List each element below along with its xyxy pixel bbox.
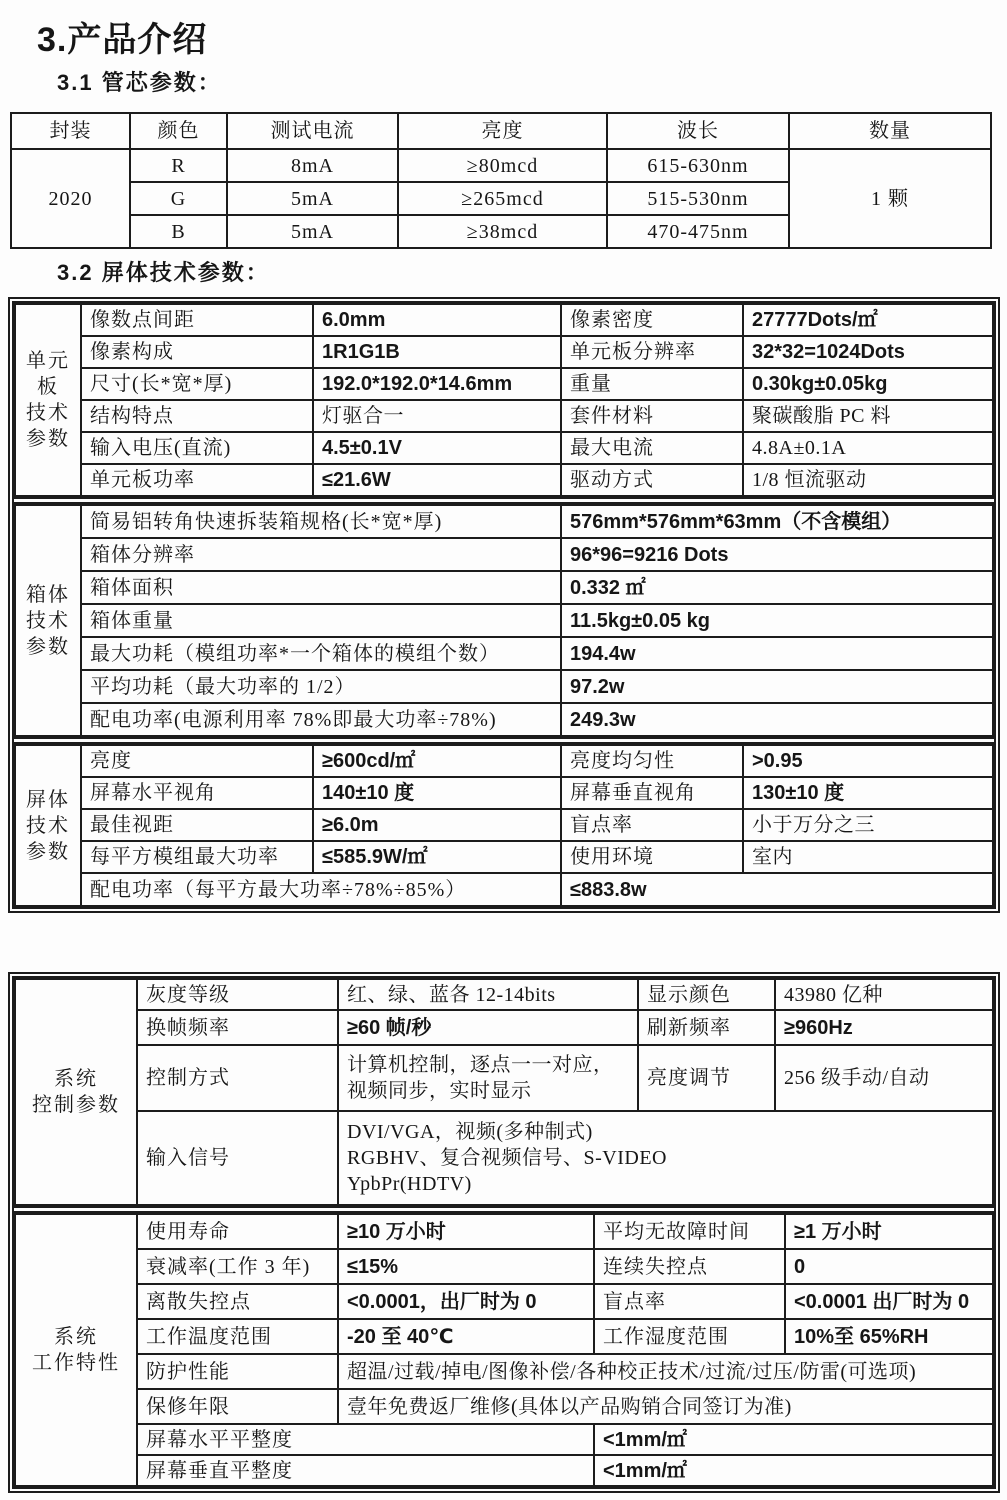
param-name-cell: 输入电压(直流) — [81, 432, 313, 464]
table-row: 控制方式计算机控制，逐点一一对应， 视频同步，实时显示亮度调节256 级手动/自… — [15, 1045, 993, 1111]
table-cell: 1 颗 — [789, 149, 991, 248]
param-value-cell: 140±10 度 — [313, 777, 561, 809]
section-3-2-heading: 3.2 屏体技术参数： — [57, 256, 270, 287]
param-value-cell: 97.2w — [561, 670, 993, 703]
section-label-cell: 系统 工作特性 — [15, 1214, 137, 1486]
die-parameters-table: 封装颜色测试电流亮度波长数量2020R8mA≥80mcd615-630nm1 颗… — [10, 112, 992, 249]
table-row: 封装颜色测试电流亮度波长数量 — [11, 113, 991, 149]
param-value-cell: ≤21.6W — [313, 464, 561, 496]
section-divider — [14, 497, 994, 504]
param-name-cell: 最大电流 — [561, 432, 743, 464]
table-row: 单元 板 技术 参数像数点间距6.0mm像素密度27777Dots/㎡ — [15, 304, 993, 336]
param-value-cell: 小于万分之三 — [743, 809, 993, 841]
table-row: 最大功耗（模组功率*一个箱体的模组个数）194.4w — [15, 637, 993, 670]
param-value-cell: -20 至 40℃ — [338, 1319, 594, 1354]
param-value-cell: 194.4w — [561, 637, 993, 670]
param-value-cell: 192.0*192.0*14.6mm — [313, 368, 561, 400]
param-value-cell: ≤883.8w — [561, 873, 993, 906]
column-header-cell: 封装 — [11, 113, 130, 149]
section-3-1-heading: 3.1 管芯参数： — [57, 66, 222, 97]
screen-tech-parameters-table: 单元 板 技术 参数像数点间距6.0mm像素密度27777Dots/㎡像素构成1… — [8, 297, 1000, 913]
param-name-cell: 工作湿度范围 — [594, 1319, 785, 1354]
param-name-cell: 结构特点 — [81, 400, 313, 432]
column-header-cell: 亮度 — [398, 113, 607, 149]
param-value-cell: DVI/VGA，视频(多种制式) RGBHV、复合视频信号、S-VIDEO Yp… — [338, 1111, 993, 1205]
param-name-cell: 灰度等级 — [137, 979, 338, 1010]
spec-section-table: 箱体 技术 参数简易铝转角快速拆装箱规格(长*宽*厚)576mm*576mm*6… — [14, 504, 994, 737]
param-name-cell: 配电功率（每平方最大功率÷78%÷85%） — [81, 873, 561, 906]
spec-document-page: 3.产品介绍 3.1 管芯参数： 封装颜色测试电流亮度波长数量2020R8mA≥… — [0, 0, 1007, 1500]
table-row: 配电功率（每平方最大功率÷78%÷85%）≤883.8w — [15, 873, 993, 906]
param-name-cell: 像素密度 — [561, 304, 743, 336]
param-value-cell: <0.0001，出厂时为 0 — [338, 1284, 594, 1319]
param-name-cell: 重量 — [561, 368, 743, 400]
param-value-cell: 超温/过载/掉电/图像补偿/各种校正技术/过流/过压/防雷(可选项) — [338, 1354, 993, 1389]
param-value-cell: 聚碳酸脂 PC 料 — [743, 400, 993, 432]
param-name-cell: 最佳视距 — [81, 809, 313, 841]
param-name-cell: 使用寿命 — [137, 1214, 338, 1249]
table-cell: G — [130, 182, 227, 215]
table-cell: 615-630nm — [607, 149, 789, 182]
table-row: 工作温度范围-20 至 40℃工作湿度范围10%至 65%RH — [15, 1319, 993, 1354]
column-header-cell: 数量 — [789, 113, 991, 149]
param-name-cell: 平均无故障时间 — [594, 1214, 785, 1249]
param-value-cell: 6.0mm — [313, 304, 561, 336]
param-value-cell: 4.5±0.1V — [313, 432, 561, 464]
param-value-cell: ≤15% — [338, 1249, 594, 1284]
param-value-cell: >0.95 — [743, 745, 993, 777]
param-value-cell: 红、绿、蓝各 12-14bits — [338, 979, 638, 1010]
param-name-cell: 箱体重量 — [81, 604, 561, 637]
param-name-cell: 像数点间距 — [81, 304, 313, 336]
param-value-cell: 256 级手动/自动 — [775, 1045, 993, 1111]
param-name-cell: 防护性能 — [137, 1354, 338, 1389]
param-value-cell: 96*96=9216 Dots — [561, 538, 993, 571]
param-name-cell: 盲点率 — [594, 1284, 785, 1319]
table-row: 单元板功率≤21.6W驱动方式1/8 恒流驱动 — [15, 464, 993, 496]
param-name-cell: 像素构成 — [81, 336, 313, 368]
table-cell: 515-530nm — [607, 182, 789, 215]
spec-section-table: 屏体 技术 参数亮度≥600cd/㎡亮度均匀性>0.95屏幕水平视角140±10… — [14, 744, 994, 907]
table-cell: 8mA — [227, 149, 398, 182]
param-value-cell: ≥6.0m — [313, 809, 561, 841]
section-label-cell: 屏体 技术 参数 — [15, 745, 81, 906]
param-value-cell: 0.332 ㎡ — [561, 571, 993, 604]
param-value-cell: 灯驱合一 — [313, 400, 561, 432]
param-value-cell: 32*32=1024Dots — [743, 336, 993, 368]
param-name-cell: 屏幕水平视角 — [81, 777, 313, 809]
param-value-cell: 1/8 恒流驱动 — [743, 464, 993, 496]
param-name-cell: 套件材料 — [561, 400, 743, 432]
param-name-cell: 箱体面积 — [81, 571, 561, 604]
param-value-cell: 43980 亿种 — [775, 979, 993, 1010]
table-row: 配电功率(电源利用率 78%即最大功率÷78%)249.3w — [15, 703, 993, 736]
param-name-cell: 单元板分辨率 — [561, 336, 743, 368]
table-row: 离散失控点<0.0001，出厂时为 0盲点率<0.0001 出厂时为 0 — [15, 1284, 993, 1319]
table-row: 像素构成1R1G1B单元板分辨率32*32=1024Dots — [15, 336, 993, 368]
table-cell: ≥265mcd — [398, 182, 607, 215]
table-row: 箱体分辨率96*96=9216 Dots — [15, 538, 993, 571]
table-row: 箱体重量11.5kg±0.05 kg — [15, 604, 993, 637]
param-value-cell: ≥60 帧/秒 — [338, 1010, 638, 1045]
system-parameters-table: 系统 控制参数灰度等级红、绿、蓝各 12-14bits显示颜色43980 亿种换… — [8, 972, 1000, 1493]
param-name-cell: 保修年限 — [137, 1389, 338, 1424]
param-name-cell: 使用环境 — [561, 841, 743, 873]
param-name-cell: 输入信号 — [137, 1111, 338, 1205]
param-value-cell: 10%至 65%RH — [785, 1319, 993, 1354]
table-row: 衰减率(工作 3 年)≤15%连续失控点0 — [15, 1249, 993, 1284]
param-value-cell: 576mm*576mm*63mm（不含模组） — [561, 505, 993, 538]
table-cell: ≥80mcd — [398, 149, 607, 182]
param-value-cell: ≥960Hz — [775, 1010, 993, 1045]
param-value-cell: 0 — [785, 1249, 993, 1284]
table-row: 箱体 技术 参数简易铝转角快速拆装箱规格(长*宽*厚)576mm*576mm*6… — [15, 505, 993, 538]
param-name-cell: 连续失控点 — [594, 1249, 785, 1284]
param-name-cell: 箱体分辨率 — [81, 538, 561, 571]
param-name-cell: 离散失控点 — [137, 1284, 338, 1319]
table-row: 系统 工作特性使用寿命≥10 万小时平均无故障时间≥1 万小时 — [15, 1214, 993, 1249]
table-row: 2020R8mA≥80mcd615-630nm1 颗 — [11, 149, 991, 182]
section-divider — [14, 1206, 994, 1213]
param-name-cell: 尺寸(长*宽*厚) — [81, 368, 313, 400]
param-name-cell: 工作温度范围 — [137, 1319, 338, 1354]
param-name-cell: 简易铝转角快速拆装箱规格(长*宽*厚) — [81, 505, 561, 538]
param-name-cell: 每平方模组最大功率 — [81, 841, 313, 873]
table-row: 最佳视距≥6.0m盲点率小于万分之三 — [15, 809, 993, 841]
param-name-cell: 屏幕垂直视角 — [561, 777, 743, 809]
param-value-cell: 室内 — [743, 841, 993, 873]
param-value-cell: 4.8A±0.1A — [743, 432, 993, 464]
table-row: 换帧频率≥60 帧/秒刷新频率≥960Hz — [15, 1010, 993, 1045]
param-value-cell: ≥1 万小时 — [785, 1214, 993, 1249]
param-name-cell: 最大功耗（模组功率*一个箱体的模组个数） — [81, 637, 561, 670]
param-name-cell: 显示颜色 — [638, 979, 775, 1010]
param-value-cell: <1mm/㎡ — [594, 1455, 993, 1486]
table-cell: R — [130, 149, 227, 182]
param-value-cell: ≤585.9W/㎡ — [313, 841, 561, 873]
table-row: 屏幕水平平整度<1mm/㎡ — [15, 1424, 993, 1455]
table-row: 系统 控制参数灰度等级红、绿、蓝各 12-14bits显示颜色43980 亿种 — [15, 979, 993, 1010]
param-value-cell: 27777Dots/㎡ — [743, 304, 993, 336]
param-value-cell: 130±10 度 — [743, 777, 993, 809]
param-name-cell: 屏幕垂直平整度 — [137, 1455, 594, 1486]
table-row: 结构特点灯驱合一套件材料聚碳酸脂 PC 料 — [15, 400, 993, 432]
param-value-cell: ≥600cd/㎡ — [313, 745, 561, 777]
table-cell: ≥38mcd — [398, 215, 607, 248]
table-row: 每平方模组最大功率≤585.9W/㎡使用环境室内 — [15, 841, 993, 873]
param-value-cell: <0.0001 出厂时为 0 — [785, 1284, 993, 1319]
param-value-cell: 11.5kg±0.05 kg — [561, 604, 993, 637]
column-header-cell: 颜色 — [130, 113, 227, 149]
param-name-cell: 亮度均匀性 — [561, 745, 743, 777]
param-value-cell: 0.30kg±0.05kg — [743, 368, 993, 400]
param-name-cell: 亮度调节 — [638, 1045, 775, 1111]
param-value-cell: 壹年免费返厂维修(具体以产品购销合同签订为准) — [338, 1389, 993, 1424]
table-cell: 5mA — [227, 215, 398, 248]
section-label-cell: 单元 板 技术 参数 — [15, 304, 81, 496]
table-row: 尺寸(长*宽*厚)192.0*192.0*14.6mm重量0.30kg±0.05… — [15, 368, 993, 400]
spec-section-table: 单元 板 技术 参数像数点间距6.0mm像素密度27777Dots/㎡像素构成1… — [14, 303, 994, 497]
table-row: 箱体面积0.332 ㎡ — [15, 571, 993, 604]
table-cell: 5mA — [227, 182, 398, 215]
param-name-cell: 刷新频率 — [638, 1010, 775, 1045]
param-name-cell: 亮度 — [81, 745, 313, 777]
param-name-cell: 控制方式 — [137, 1045, 338, 1111]
section-divider — [14, 737, 994, 744]
param-name-cell: 换帧频率 — [137, 1010, 338, 1045]
table-row: 输入信号DVI/VGA，视频(多种制式) RGBHV、复合视频信号、S-VIDE… — [15, 1111, 993, 1205]
table-cell: B — [130, 215, 227, 248]
table-row: 屏幕水平视角140±10 度屏幕垂直视角130±10 度 — [15, 777, 993, 809]
param-value-cell: <1mm/㎡ — [594, 1424, 993, 1455]
param-value-cell: ≥10 万小时 — [338, 1214, 594, 1249]
page-title: 3.产品介绍 — [37, 12, 207, 61]
column-header-cell: 波长 — [607, 113, 789, 149]
param-name-cell: 盲点率 — [561, 809, 743, 841]
section-label-cell: 箱体 技术 参数 — [15, 505, 81, 736]
table-row: 保修年限壹年免费返厂维修(具体以产品购销合同签订为准) — [15, 1389, 993, 1424]
param-name-cell: 配电功率(电源利用率 78%即最大功率÷78%) — [81, 703, 561, 736]
param-value-cell: 249.3w — [561, 703, 993, 736]
spec-section-table: 系统 控制参数灰度等级红、绿、蓝各 12-14bits显示颜色43980 亿种换… — [14, 978, 994, 1206]
table-row: 屏幕垂直平整度<1mm/㎡ — [15, 1455, 993, 1486]
param-name-cell: 屏幕水平平整度 — [137, 1424, 594, 1455]
table-row: 平均功耗（最大功率的 1/2）97.2w — [15, 670, 993, 703]
param-name-cell: 单元板功率 — [81, 464, 313, 496]
column-header-cell: 测试电流 — [227, 113, 398, 149]
spec-section-table: 系统 工作特性使用寿命≥10 万小时平均无故障时间≥1 万小时衰减率(工作 3 … — [14, 1213, 994, 1487]
section-label-cell: 系统 控制参数 — [15, 979, 137, 1205]
table-row: 屏体 技术 参数亮度≥600cd/㎡亮度均匀性>0.95 — [15, 745, 993, 777]
param-name-cell: 衰减率(工作 3 年) — [137, 1249, 338, 1284]
param-name-cell: 平均功耗（最大功率的 1/2） — [81, 670, 561, 703]
table-row: 输入电压(直流)4.5±0.1V最大电流4.8A±0.1A — [15, 432, 993, 464]
param-name-cell: 驱动方式 — [561, 464, 743, 496]
table-cell: 470-475nm — [607, 215, 789, 248]
param-value-cell: 1R1G1B — [313, 336, 561, 368]
table-cell: 2020 — [11, 149, 130, 248]
table-row: 防护性能超温/过载/掉电/图像补偿/各种校正技术/过流/过压/防雷(可选项) — [15, 1354, 993, 1389]
param-value-cell: 计算机控制，逐点一一对应， 视频同步，实时显示 — [338, 1045, 638, 1111]
